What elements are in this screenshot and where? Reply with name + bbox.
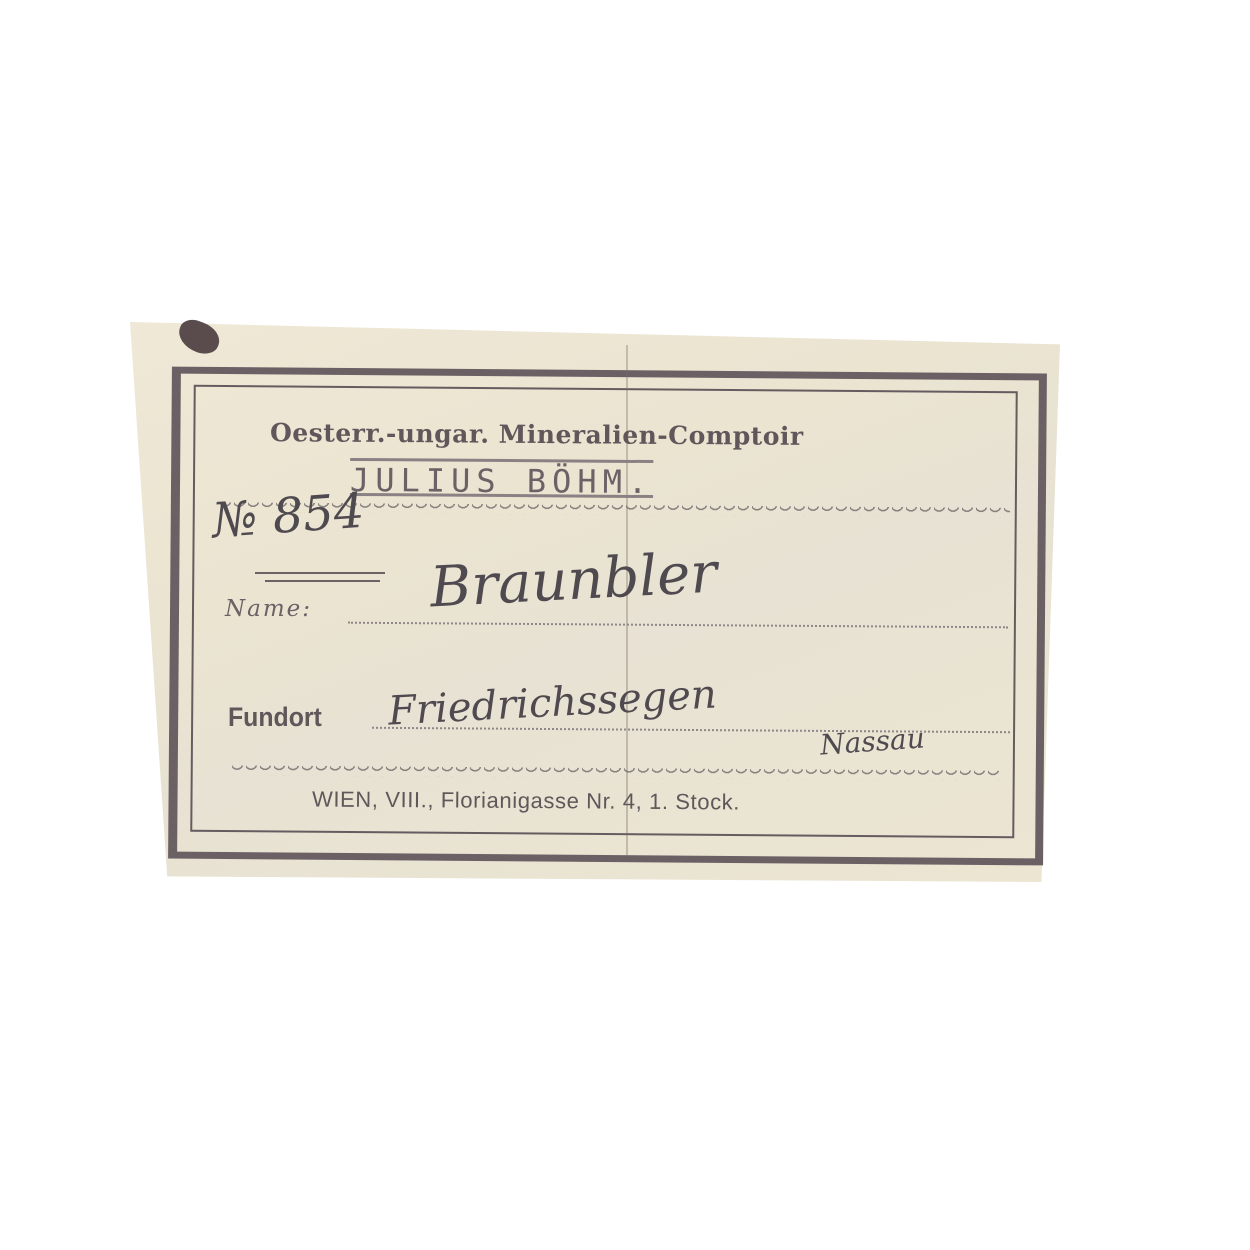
number-underline (255, 572, 385, 574)
number-underline-second (265, 580, 380, 582)
catalog-number: № 854 (210, 483, 366, 549)
name-field-label: Name: (225, 596, 312, 622)
owner-name: JULIUS BÖHM. (350, 461, 653, 501)
company-name: Oesterr.-ungar. Mineralien-Comptoir (270, 418, 804, 451)
address-line: WIEN, VIII., Florianigasse Nr. 4, 1. Sto… (312, 787, 740, 816)
fundort-field-label: Fundort (228, 702, 322, 733)
